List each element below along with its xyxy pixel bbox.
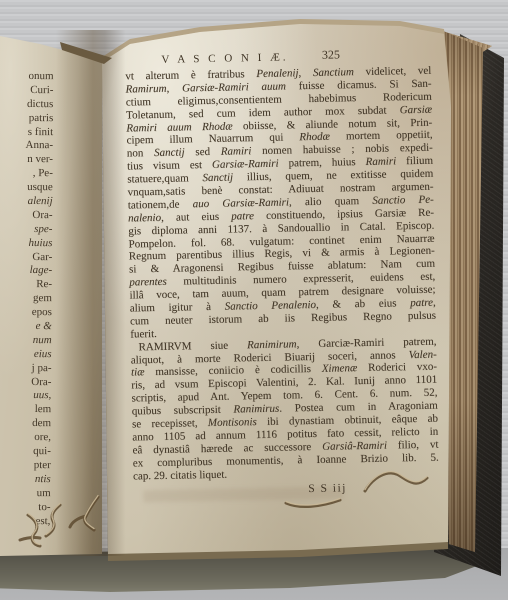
left-page-line-fragment: j pa- xyxy=(1,362,51,376)
left-page-line-fragment: epos xyxy=(2,306,52,320)
left-page-line-fragment: eius xyxy=(2,348,52,362)
left-page-line-fragment: ore, xyxy=(1,431,51,445)
left-page-line-fragment: s finit xyxy=(3,125,53,139)
signature-mark: S S iij xyxy=(308,482,347,495)
left-page-line-fragment: um xyxy=(1,487,51,501)
left-page-text: onumCuri-dictuspatriss finitAnna-n ver-,… xyxy=(0,70,53,529)
left-page: onumCuri-dictuspatriss finitAnna-n ver-,… xyxy=(0,28,102,558)
left-page-line-fragment: ntis xyxy=(1,473,51,487)
left-page-line-fragment: gem xyxy=(2,292,52,306)
left-page-line-fragment: num xyxy=(2,334,52,348)
right-page: V A S C O N I Æ. 325 vt alterum è fratri… xyxy=(95,18,455,560)
left-page-line-fragment: spe- xyxy=(2,223,52,237)
left-page-line-fragment: n ver- xyxy=(3,153,53,167)
left-page-line-fragment: dem xyxy=(1,417,51,431)
left-page-line-fragment: Curi- xyxy=(3,84,53,98)
left-page-line-fragment: Ora- xyxy=(1,375,51,389)
left-page-line-fragment: dictus xyxy=(3,98,53,112)
left-page-line-fragment: onum xyxy=(4,70,54,84)
left-page-line-fragment: huius xyxy=(2,237,52,251)
left-page-line-fragment: alenij xyxy=(3,195,53,209)
left-page-line-fragment: Re- xyxy=(2,278,52,292)
left-page-line-fragment: lage- xyxy=(2,264,52,278)
left-page-line-fragment: , Pe- xyxy=(3,167,53,181)
left-page-line-fragment: Anna- xyxy=(3,139,53,153)
left-page-line-fragment: to- xyxy=(0,500,50,514)
left-page-line-fragment: Ora- xyxy=(3,209,53,223)
body-text: vt alterum è fratribus Penalenij, Sancti… xyxy=(125,65,439,483)
book-photo: onumCuri-dictuspatriss finitAnna-n ver-,… xyxy=(0,0,508,600)
left-page-line-fragment: patris xyxy=(3,112,53,126)
left-page-line-fragment: usque xyxy=(3,181,53,195)
left-page-line-fragment: uus, xyxy=(1,389,51,403)
left-page-line-fragment: pter xyxy=(1,459,51,473)
left-page-line-fragment: e & xyxy=(2,320,52,334)
left-page-line-fragment: est, xyxy=(0,514,50,528)
page-number: 325 xyxy=(322,47,340,62)
page-content: V A S C O N I Æ. 325 vt alterum è fratri… xyxy=(89,14,459,563)
left-page-line-fragment: lem xyxy=(1,403,51,417)
running-title: V A S C O N I Æ. xyxy=(125,51,325,67)
left-page-line-fragment: Gar- xyxy=(2,250,52,264)
left-page-line-fragment: qui- xyxy=(1,445,51,459)
